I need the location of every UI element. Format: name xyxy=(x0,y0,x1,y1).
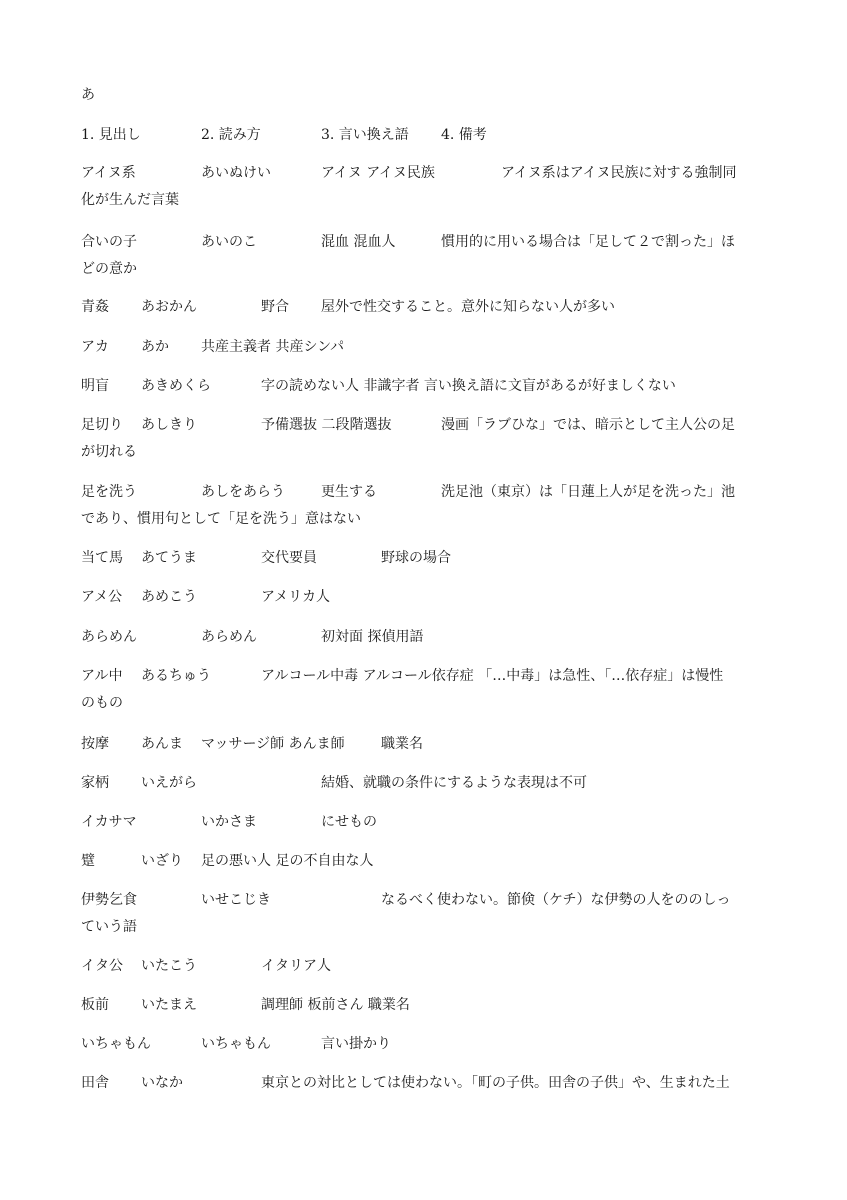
entry-replacement: 言い掛かり xyxy=(321,1035,391,1053)
entry-replacement: 結婚、就職の条件にするような表現は不可 xyxy=(321,774,587,792)
entry-headword: 伊勢乞食 xyxy=(81,891,137,909)
entry-reading: あしをあらう xyxy=(201,483,285,501)
entry-note: アイヌ系はアイヌ民族に対する強制同 xyxy=(501,164,736,182)
entry-reading: いたこう xyxy=(141,957,197,975)
entry-headword: アル中 xyxy=(81,667,122,685)
entry-text-wrap: のもの xyxy=(81,694,123,712)
entry-replacement: 混血 混血人 xyxy=(321,233,395,251)
entry-replacement: なるべく使わない。節倹（ケチ）な伊勢の人をののしっ xyxy=(381,891,730,909)
entry-replacement: 初対面 探偵用語 xyxy=(321,628,423,646)
entry-note: 洗足池（東京）は「日蓮上人が足を洗った」池 xyxy=(441,483,735,501)
entry-headword: 当て馬 xyxy=(81,549,123,567)
entry-reading: あおかん xyxy=(141,298,197,316)
entry-reading: あきめくら xyxy=(141,377,211,395)
entry-note: 漫画「ラブひな」では、暗示として主人公の足 xyxy=(441,416,735,434)
entry-headword: 躄 xyxy=(81,852,95,870)
entry-headword: あらめん xyxy=(81,628,137,646)
entry-headword: アイヌ系 xyxy=(81,164,136,182)
entry-headword: 田舎 xyxy=(81,1074,109,1092)
entry-text-wrap: どの意か xyxy=(81,260,137,278)
entry-replacement: 交代要員 xyxy=(261,549,317,567)
entry-replacement: 調理師 板前さん 職業名 xyxy=(261,996,410,1014)
entry-replacement: アメリカ人 xyxy=(261,588,330,606)
entry-replacement: イタリア人 xyxy=(261,957,331,975)
entry-note: 屋外で性交すること。意外に知らない人が多い xyxy=(321,298,615,316)
entry-reading: あいのこ xyxy=(201,233,257,251)
entry-reading: いせこじき xyxy=(201,891,271,909)
entry-reading: あしきり xyxy=(141,416,197,434)
entry-headword: 明盲 xyxy=(81,377,109,395)
entry-reading: いざり xyxy=(141,852,183,870)
column-header-1: 1. 見出し xyxy=(81,126,141,144)
entry-reading: あんま xyxy=(141,735,183,753)
entry-replacement: 共産主義者 共産シンパ xyxy=(201,338,344,356)
entry-headword: いちゃもん xyxy=(81,1035,151,1053)
entry-replacement: 東京との対比としては使わない。「町の子供。田舎の子供」や、生まれた土 xyxy=(261,1074,730,1092)
entry-headword: 按摩 xyxy=(81,735,109,753)
entry-note: 職業名 xyxy=(381,735,423,753)
entry-replacement: マッサージ師 あんま師 xyxy=(201,735,345,753)
column-header-2: 2. 読み方 xyxy=(201,126,261,144)
entry-reading: あてうま xyxy=(141,549,197,567)
entry-note: 野球の場合 xyxy=(381,549,451,567)
entry-headword: 足切り xyxy=(81,416,123,434)
entry-note: 慣用的に用いる場合は「足して２で割った」ほ xyxy=(441,233,735,251)
entry-headword: 足を洗う xyxy=(81,483,137,501)
entry-replacement: 更生する xyxy=(321,483,377,501)
entry-text-wrap: 化が生んだ言葉 xyxy=(81,191,179,209)
column-header-3: 3. 言い換え語 xyxy=(321,126,409,144)
entry-headword: 合いの子 xyxy=(81,233,137,251)
entry-replacement: アルコール中毒 アルコール依存症 「…中毒」は急性、「…依存症」は慢性 xyxy=(261,667,723,685)
entry-replacement: アイヌ アイヌ民族 xyxy=(321,164,435,182)
entry-replacement: 足の悪い人 足の不自由な人 xyxy=(201,852,373,870)
column-header-4: 4. 備考 xyxy=(441,126,487,144)
entry-text-wrap: であり、慣用句として「足を洗う」意はない xyxy=(81,510,361,528)
entry-headword: 青姦 xyxy=(81,298,109,316)
entry-reading: いえがら xyxy=(141,774,197,792)
entry-headword: 家柄 xyxy=(81,774,109,792)
entry-replacement: 予備選抜 二段階選抜 xyxy=(261,416,391,434)
entry-text-wrap: ていう語 xyxy=(81,918,137,936)
entry-replacement: 野合 xyxy=(261,298,289,316)
entry-reading: あいぬけい xyxy=(201,164,271,182)
entry-reading: いなか xyxy=(141,1074,183,1092)
entry-replacement: にせもの xyxy=(321,813,377,831)
document-page: あ 1. 見出し2. 読み方3. 言い換え語4. 備考 アイヌ系あいぬけいアイヌ… xyxy=(0,0,847,1200)
entry-reading: あらめん xyxy=(201,628,257,646)
entry-headword: アカ xyxy=(81,338,109,356)
entry-replacement: 字の読めない人 非識字者 言い換え語に文盲があるが好ましくない xyxy=(261,377,676,395)
entry-reading: あか xyxy=(141,338,169,356)
entry-headword: 板前 xyxy=(81,996,109,1014)
entry-headword: イタ公 xyxy=(81,957,123,975)
entry-reading: いかさま xyxy=(201,813,257,831)
section-heading-text: あ xyxy=(81,86,95,104)
entry-headword: イカサマ xyxy=(81,813,137,831)
entry-reading: いたまえ xyxy=(141,996,197,1014)
entry-reading: あめこう xyxy=(141,588,197,606)
entry-reading: あるちゅう xyxy=(141,667,211,685)
entry-headword: アメ公 xyxy=(81,588,122,606)
entry-reading: いちゃもん xyxy=(201,1035,271,1053)
entry-text-wrap: が切れる xyxy=(81,443,137,461)
